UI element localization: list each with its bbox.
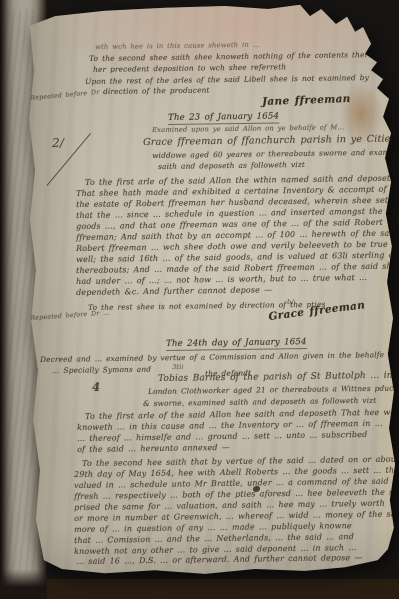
- deposition-line: of the said … hereunto annexed —: [77, 444, 230, 454]
- deponent-intro-line: saith and deposeth as followeth vizt: [158, 161, 305, 170]
- manuscript-page: 193 wth wch hee is in this cause sheweth…: [0, 0, 399, 599]
- deponent-intro-line: Grace ffreeman of ffanchurch parish in y…: [143, 134, 399, 148]
- page-number: 193: [364, 25, 382, 35]
- margin-mark: 4: [92, 382, 100, 394]
- session-date-heading: The 24th day of January 1654: [166, 337, 307, 351]
- margin-note: Repeated before Dr …: [30, 309, 110, 322]
- deposition-line: To the second shee saith shee knoweth no…: [89, 50, 399, 62]
- deposition-line: Upon the rest of the arles of the said L…: [85, 74, 369, 85]
- session-line: … Specially Symons and: [52, 366, 151, 375]
- deponent-intro-line: & sworne, examined saith and deposeth as…: [143, 397, 376, 408]
- ink-mark: 3tii: [172, 364, 184, 371]
- deposition-line: wth wch hee is in this cause sheweth in …: [95, 42, 260, 51]
- session-date-heading: The 23 of January 1654: [168, 111, 279, 125]
- deposition-line: her precedent deposition to wch shee ref…: [93, 63, 286, 73]
- deposition-line: direction of the producent: [103, 87, 210, 96]
- deposition-line: … said 16 …, D.S. … or afterward. And fu…: [76, 554, 363, 566]
- session-subheading: Examined upon ye said Allon on ye behalf…: [152, 124, 344, 133]
- deponent-intro-line: Tobias Barnes of the parish of St Buttol…: [158, 372, 399, 384]
- deponent-signature: Jane ffreeman: [262, 94, 351, 108]
- deponent-intro-line: widdowe aged 60 yeares or thereabouts sw…: [152, 148, 399, 159]
- ink-mark: b/: [287, 299, 294, 306]
- margin-mark: 2/: [52, 137, 64, 149]
- deposition-line: … thereof … himselfe and … ground … sett…: [77, 431, 367, 443]
- deposition-line: dependeth &c. And further cannot depose …: [76, 286, 272, 297]
- margin-note: Repeated before Dr …: [30, 88, 110, 103]
- page-shadow-wrap: 193 wth wch hee is in this cause sheweth…: [0, 0, 399, 599]
- deponent-intro-line: London Clothworker aged 21 or thereabout…: [148, 384, 399, 395]
- session-line: Decreed and … examined by vertue of a Co…: [40, 351, 399, 364]
- manuscript-photo: 193 wth wch hee is in this cause sheweth…: [0, 0, 399, 599]
- deposition-line: had under … of …; … not how … is worth, …: [76, 274, 367, 286]
